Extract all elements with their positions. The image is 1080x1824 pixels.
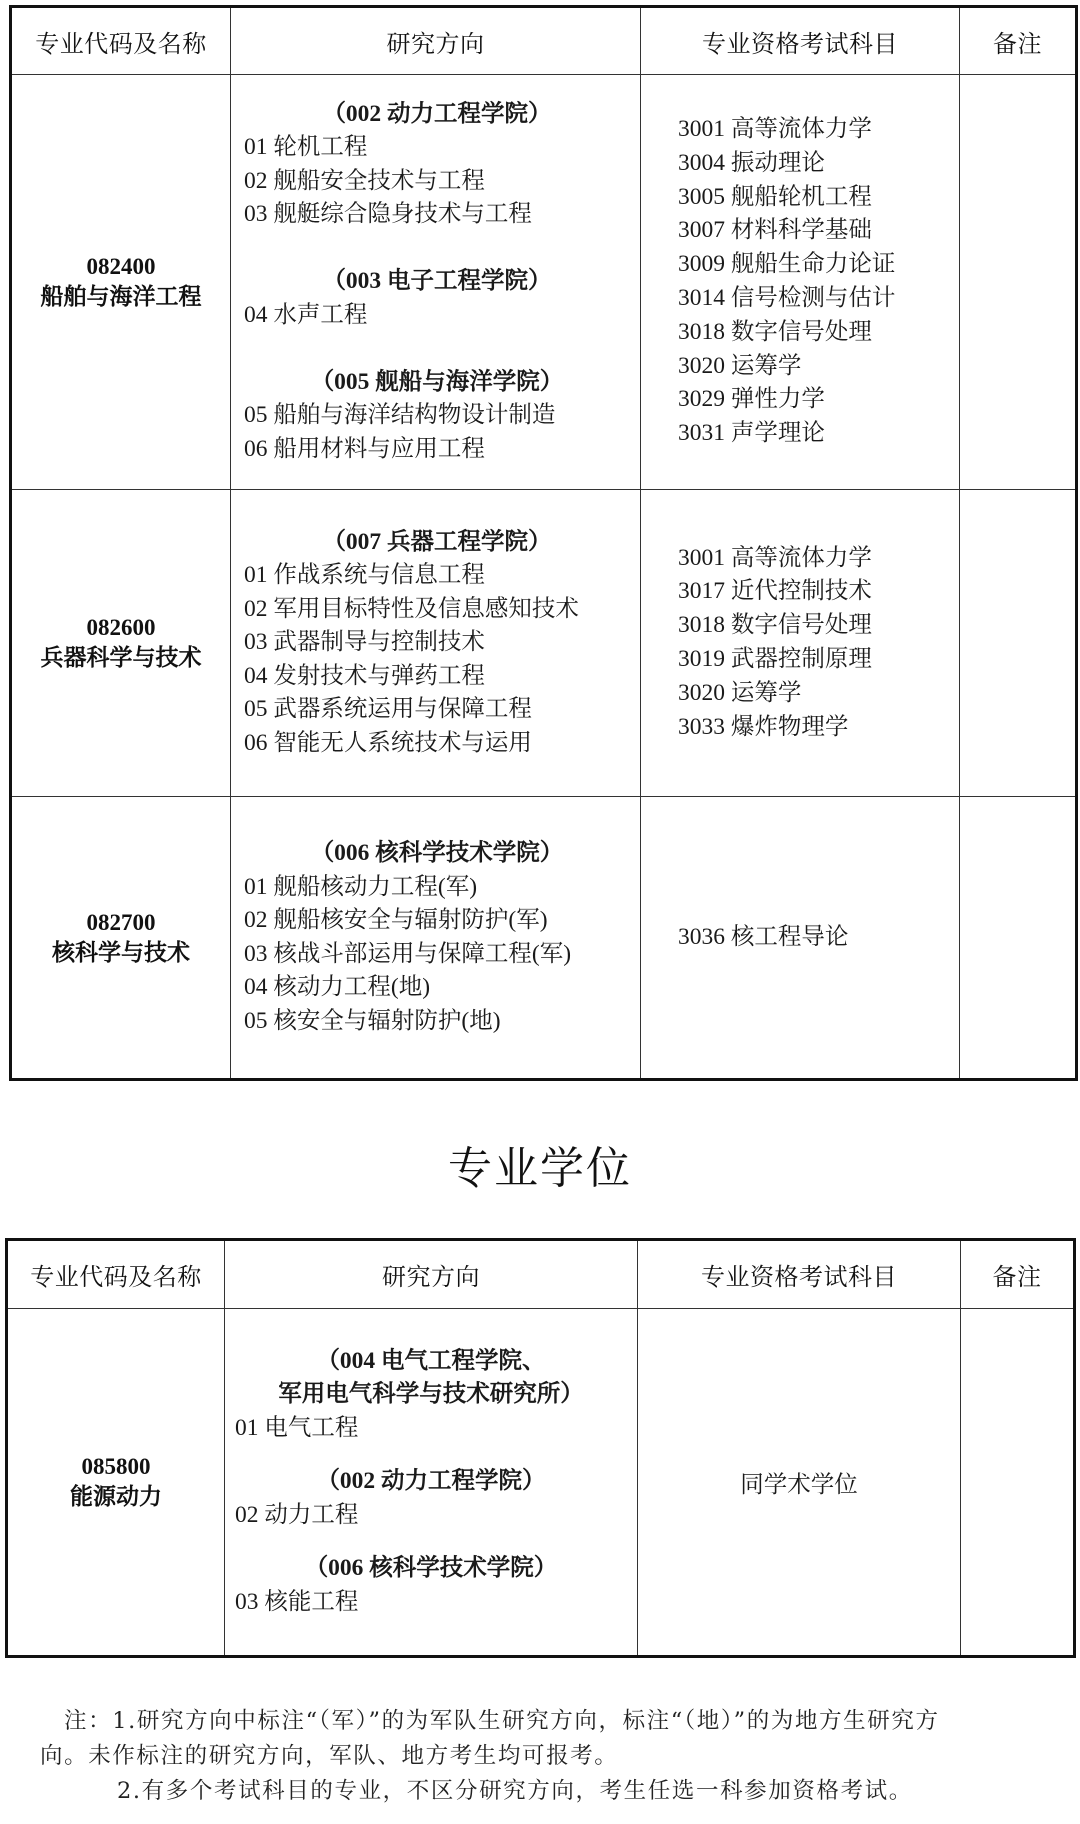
remark-cell xyxy=(961,1309,1075,1657)
exam-item: 3033 爆炸物理学 xyxy=(678,711,959,745)
professional-degree-table: 专业代码及名称 研究方向 专业资格考试科目 备注 085800 能源动力 （00… xyxy=(5,1238,1076,1658)
direction-item: 01 舰船核动力工程(军) xyxy=(244,871,640,905)
spacer xyxy=(244,332,640,366)
exam-item: 3007 材料科学基础 xyxy=(678,214,959,248)
college-heading: （005 舰船与海洋学院） xyxy=(244,366,640,400)
exam-item: 3001 高等流体力学 xyxy=(678,113,959,147)
exam-item: 3014 信号检测与估计 xyxy=(678,282,959,316)
college-heading: （007 兵器工程学院） xyxy=(244,526,640,560)
exam-item: 3009 舰船生命力论证 xyxy=(678,248,959,282)
college-heading: 军用电气科学与技术研究所） xyxy=(235,1378,637,1412)
college-heading: （004 电气工程学院、 xyxy=(235,1345,637,1379)
exam-item: 3036 核工程导论 xyxy=(678,921,959,955)
college-heading: （002 动力工程学院） xyxy=(235,1465,637,1499)
header-major: 专业代码及名称 xyxy=(7,1240,225,1309)
exam-item: 3019 武器控制原理 xyxy=(678,643,959,677)
major-name: 能源动力 xyxy=(8,1482,224,1513)
header-remark: 备注 xyxy=(960,7,1077,75)
header-direction: 研究方向 xyxy=(225,1240,638,1309)
exam-item: 3017 近代控制技术 xyxy=(678,575,959,609)
exam-item: 3018 数字信号处理 xyxy=(678,316,959,350)
major-cell: 082400 船舶与海洋工程 xyxy=(11,75,231,490)
spacer xyxy=(235,1445,637,1465)
college-heading: （006 核科学技术学院） xyxy=(244,837,640,871)
exams-cell: 同学术学位 xyxy=(638,1309,961,1657)
note-line-1: 注：1.研究方向中标注“（军）”的为军队生研究方向，标注“（地）”的为地方生研究… xyxy=(40,1702,1076,1741)
college-heading: （002 动力工程学院） xyxy=(244,98,640,132)
remark-cell xyxy=(960,75,1077,490)
major-code: 082400 xyxy=(12,251,230,282)
exams-cell: 3001 高等流体力学 3004 振动理论 3005 舰船轮机工程 3007 材… xyxy=(641,75,960,490)
major-cell: 085800 能源动力 xyxy=(7,1309,225,1657)
direction-item: 03 武器制导与控制技术 xyxy=(244,626,640,660)
table-header-row: 专业代码及名称 研究方向 专业资格考试科目 备注 xyxy=(11,7,1077,75)
table-row: 085800 能源动力 （004 电气工程学院、 军用电气科学与技术研究所） 0… xyxy=(7,1309,1075,1657)
header-exam: 专业资格考试科目 xyxy=(638,1240,961,1309)
spacer xyxy=(244,232,640,266)
header-exam: 专业资格考试科目 xyxy=(641,7,960,75)
major-cell: 082700 核科学与技术 xyxy=(11,797,231,1080)
header-direction: 研究方向 xyxy=(231,7,641,75)
direction-item: 03 舰艇综合隐身技术与工程 xyxy=(244,198,640,232)
exam-item: 3018 数字信号处理 xyxy=(678,609,959,643)
direction-item: 02 舰船核安全与辐射防护(军) xyxy=(244,904,640,938)
note-line-2: 向。未作标注的研究方向，军队、地方考生均可报考。 xyxy=(40,1737,1076,1776)
remark-cell xyxy=(960,797,1077,1080)
major-code: 082600 xyxy=(12,612,230,643)
direction-item: 06 船用材料与应用工程 xyxy=(244,433,640,467)
major-name: 核科学与技术 xyxy=(12,938,230,969)
major-name: 船舶与海洋工程 xyxy=(12,282,230,313)
table-header-row: 专业代码及名称 研究方向 专业资格考试科目 备注 xyxy=(7,1240,1075,1309)
direction-item: 02 舰船安全技术与工程 xyxy=(244,165,640,199)
header-remark: 备注 xyxy=(961,1240,1075,1309)
table-row: 082600 兵器科学与技术 （007 兵器工程学院） 01 作战系统与信息工程… xyxy=(11,490,1077,797)
direction-item: 04 核动力工程(地) xyxy=(244,971,640,1005)
direction-item: 05 核安全与辐射防护(地) xyxy=(244,1005,640,1039)
direction-item: 01 作战系统与信息工程 xyxy=(244,559,640,593)
direction-item: 01 电气工程 xyxy=(235,1412,637,1446)
major-name: 兵器科学与技术 xyxy=(12,643,230,674)
exam-item: 3020 运筹学 xyxy=(678,677,959,711)
direction-item: 02 军用目标特性及信息感知技术 xyxy=(244,593,640,627)
remark-cell xyxy=(960,490,1077,797)
directions-cell: （006 核科学技术学院） 01 舰船核动力工程(军) 02 舰船核安全与辐射防… xyxy=(231,797,641,1080)
spacer xyxy=(235,1532,637,1552)
college-heading: （003 电子工程学院） xyxy=(244,265,640,299)
direction-item: 05 武器系统运用与保障工程 xyxy=(244,693,640,727)
exams-cell: 3001 高等流体力学 3017 近代控制技术 3018 数字信号处理 3019… xyxy=(641,490,960,797)
direction-item: 06 智能无人系统技术与运用 xyxy=(244,727,640,761)
exam-item: 3005 舰船轮机工程 xyxy=(678,181,959,215)
table-row: 082700 核科学与技术 （006 核科学技术学院） 01 舰船核动力工程(军… xyxy=(11,797,1077,1080)
academic-degree-table: 专业代码及名称 研究方向 专业资格考试科目 备注 082400 船舶与海洋工程 … xyxy=(9,5,1078,1081)
section-title-professional-degree: 专业学位 xyxy=(0,1132,1080,1196)
table-row: 082400 船舶与海洋工程 （002 动力工程学院） 01 轮机工程 02 舰… xyxy=(11,75,1077,490)
direction-item: 04 水声工程 xyxy=(244,299,640,333)
exam-item: 3020 运筹学 xyxy=(678,350,959,384)
direction-item: 05 船舶与海洋结构物设计制造 xyxy=(244,399,640,433)
direction-item: 03 核战斗部运用与保障工程(军) xyxy=(244,938,640,972)
exam-item: 3004 振动理论 xyxy=(678,147,959,181)
major-code: 085800 xyxy=(8,1451,224,1482)
direction-item: 03 核能工程 xyxy=(235,1586,637,1620)
footnotes: 注：1.研究方向中标注“（军）”的为军队生研究方向，标注“（地）”的为地方生研究… xyxy=(40,1702,1076,1811)
directions-cell: （007 兵器工程学院） 01 作战系统与信息工程 02 军用目标特性及信息感知… xyxy=(231,490,641,797)
exam-item: 3001 高等流体力学 xyxy=(678,542,959,576)
exam-item: 3029 弹性力学 xyxy=(678,383,959,417)
direction-item: 04 发射技术与弹药工程 xyxy=(244,660,640,694)
exam-item: 3031 声学理论 xyxy=(678,417,959,451)
major-cell: 082600 兵器科学与技术 xyxy=(11,490,231,797)
header-major: 专业代码及名称 xyxy=(11,7,231,75)
exams-cell: 3036 核工程导论 xyxy=(641,797,960,1080)
direction-item: 02 动力工程 xyxy=(235,1499,637,1533)
direction-item: 01 轮机工程 xyxy=(244,131,640,165)
major-code: 082700 xyxy=(12,907,230,938)
college-heading: （006 核科学技术学院） xyxy=(235,1552,637,1586)
directions-cell: （002 动力工程学院） 01 轮机工程 02 舰船安全技术与工程 03 舰艇综… xyxy=(231,75,641,490)
directions-cell: （004 电气工程学院、 军用电气科学与技术研究所） 01 电气工程 （002 … xyxy=(225,1309,638,1657)
note-line-3: 2.有多个考试科目的专业，不区分研究方向，考生任选一科参加资格考试。 xyxy=(40,1772,1076,1811)
